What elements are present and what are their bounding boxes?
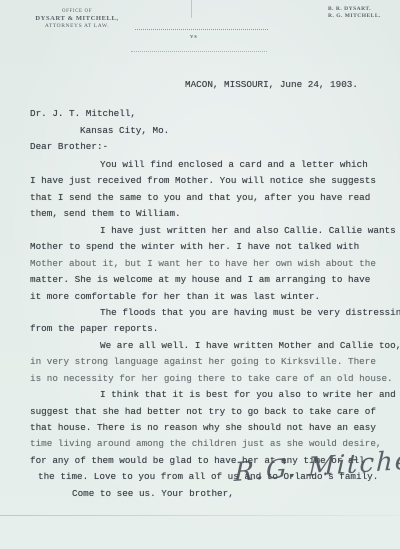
letter-body-line: that house. There is no reason why she s… — [30, 420, 395, 436]
letter-body-line: Mother about it, but I want her to have … — [30, 256, 395, 272]
letter-recipient-name: Dr. J. T. Mitchell, — [30, 108, 136, 119]
letter-body-line: I have just received from Mother. You wi… — [30, 173, 395, 189]
letter-body-line: The floods that you are having must be v… — [30, 305, 395, 321]
letter-body-line: from the paper reports. — [30, 321, 395, 337]
letterhead-firm-block: OFFICE OF DYSART & MITCHELL, ATTORNEYS A… — [22, 9, 132, 29]
letterhead-office-line: OFFICE OF — [22, 9, 132, 14]
letter-body-line: in very strong language against her goin… — [30, 354, 395, 370]
case-caption-rule-top — [135, 29, 268, 30]
letter-salutation: Dear Brother:- — [30, 141, 108, 152]
letterhead-partner-1: B. R. DYSART. — [328, 6, 381, 13]
letter-body-line: I think that it is best for you also to … — [30, 387, 395, 403]
letter-body-line: them, send them to William. — [30, 206, 395, 222]
case-caption-rule-bottom — [131, 51, 267, 52]
letter-body-line: it more comfortable for her than it was … — [30, 289, 395, 305]
letter-body-line: is no necessity for her going there to t… — [30, 371, 395, 387]
letter-dateline: MACON, MISSOURI, June 24, 1903. — [185, 79, 358, 90]
letterhead-partners-block: B. R. DYSART. R. G. MITCHELL. — [328, 6, 381, 20]
letter-body-line: You will find enclosed a card and a lett… — [30, 157, 395, 173]
letter-body-line: suggest that she had better not try to g… — [30, 404, 395, 420]
case-caption-vs-label: vs — [190, 33, 198, 40]
letter-recipient-city: Kansas City, Mo. — [80, 125, 169, 136]
letterhead-firm-name: DYSART & MITCHELL, — [22, 15, 132, 22]
letter-body-line: that I send the same to you and that you… — [30, 190, 395, 206]
letter-body-line: I have just written her and also Callie.… — [30, 223, 395, 239]
paper-fold-mark — [191, 0, 192, 18]
letter-body-line: matter. She is welcome at my house and I… — [30, 272, 395, 288]
paper-crease-line — [0, 515, 400, 516]
letterhead-partner-2: R. G. MITCHELL. — [328, 13, 381, 20]
letter-body-line: Come to see us. Your brother, — [30, 486, 395, 502]
letter-body-line: We are all well. I have written Mother a… — [30, 338, 395, 354]
scanned-letter-page: OFFICE OF DYSART & MITCHELL, ATTORNEYS A… — [0, 0, 400, 549]
letter-body-line: Mother to spend the winter with her. I h… — [30, 239, 395, 255]
letterhead-firm-subtitle: ATTORNEYS AT LAW. — [22, 23, 132, 29]
